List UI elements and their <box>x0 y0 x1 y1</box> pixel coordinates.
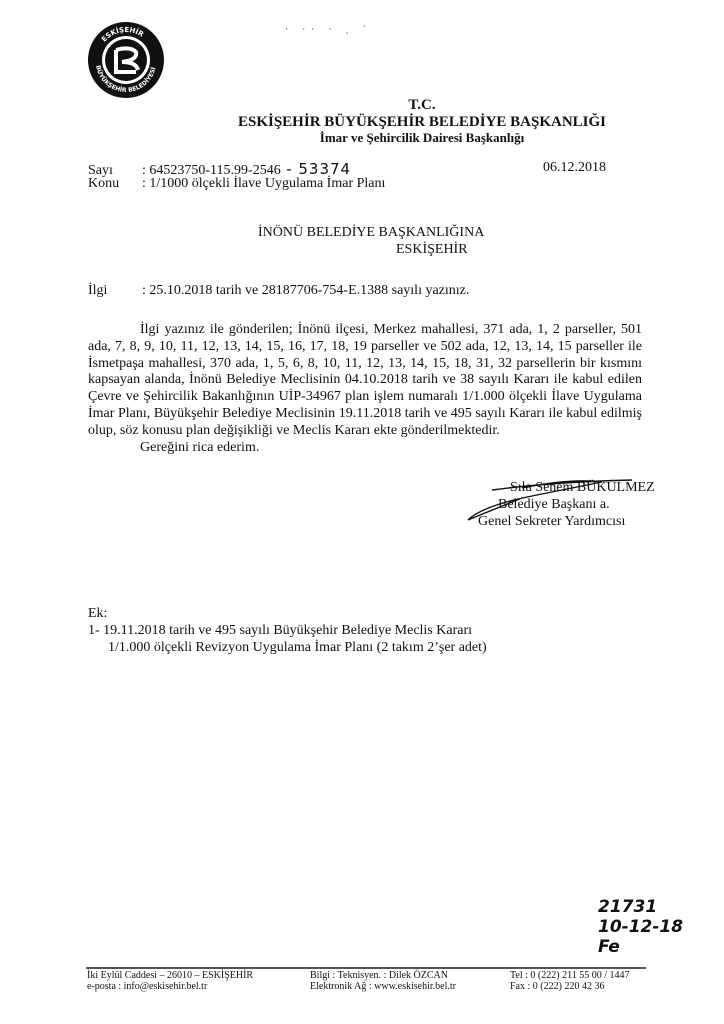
signature-block: Sıla Senem BÜKÜLMEZ Belediye Başkanı a. … <box>470 476 670 546</box>
konu-row: Konu: 1/1000 ölçekli İlave Uygulama İmar… <box>88 176 385 192</box>
document-date: 06.12.2018 <box>543 160 606 176</box>
recipient-name: İNÖNÜ BELEDİYE BAŞKANLIĞINA <box>258 225 484 241</box>
footer-contact-phone: Tel : 0 (222) 211 55 00 / 1447 Fax : 0 (… <box>510 970 629 992</box>
attachments-label: Ek: <box>88 605 487 622</box>
eskisehir-bb-seal-icon: ESKİŞEHİR BÜYÜKŞEHİR BELEDİYESİ <box>86 20 166 100</box>
signatory-name: Sıla Senem BÜKÜLMEZ <box>510 480 655 496</box>
footer-contact-address: İki Eylül Caddesi – 26010 – ESKİŞEHİR e-… <box>87 970 253 992</box>
header-department: İmar ve Şehircilik Dairesi Başkanlığı <box>60 130 724 146</box>
ilgi-row: İlgi: 25.10.2018 tarih ve 28187706-754-E… <box>88 283 469 299</box>
attachment-item: 1/1.000 ölçekli Revizyon Uygulama İmar P… <box>88 639 487 656</box>
recipient-city: ESKİŞEHİR <box>396 242 468 258</box>
body-paragraph: İlgi yazınız ile gönderilen; İnönü ilçes… <box>88 322 642 440</box>
footer-address: İki Eylül Caddesi – 26010 – ESKİŞEHİR <box>87 970 253 981</box>
signatory-position: Genel Sekreter Yardımcısı <box>478 514 625 530</box>
footer-phone: Tel : 0 (222) 211 55 00 / 1447 <box>510 970 629 981</box>
handwritten-registry-note: 21731 10-12-18 Fe <box>598 897 683 957</box>
registry-number: 21731 <box>598 897 683 917</box>
footer-website: Elektronik Ağ : www.eskisehir.bel.tr <box>310 981 456 992</box>
closing-line: Gereğini rica ederim. <box>88 440 642 457</box>
footer-divider <box>86 967 646 969</box>
ilgi-label: İlgi <box>88 283 142 299</box>
attachments: Ek: 1- 19.11.2018 tarih ve 495 sayılı Bü… <box>88 605 487 656</box>
header-institution: ESKİŞEHİR BÜYÜKŞEHİR BELEDİYE BAŞKANLIĞI <box>60 114 724 131</box>
footer-fax: Fax : 0 (222) 220 42 36 <box>510 981 629 992</box>
scan-marks: · ·· · ˏ ˊ <box>285 24 372 34</box>
signatory-title: Belediye Başkanı a. <box>498 497 610 513</box>
header-tc: T.C. <box>60 97 724 114</box>
municipality-logo: ESKİŞEHİR BÜYÜKŞEHİR BELEDİYESİ <box>86 20 166 100</box>
registry-initials: Fe <box>598 937 683 957</box>
konu-value: : 1/1000 ölçekli İlave Uygulama İmar Pla… <box>142 176 385 191</box>
registry-date: 10-12-18 <box>598 917 683 937</box>
footer-info-person: Bilgi : Teknisyen. : Dilek ÖZCAN <box>310 970 456 981</box>
ilgi-value: : 25.10.2018 tarih ve 28187706-754-E.138… <box>142 283 469 298</box>
footer-contact-info: Bilgi : Teknisyen. : Dilek ÖZCAN Elektro… <box>310 970 456 992</box>
footer-email: e-posta : info@eskisehir.bel.tr <box>87 981 253 992</box>
konu-label: Konu <box>88 176 142 192</box>
letter-body: İlgi yazınız ile gönderilen; İnönü ilçes… <box>88 322 642 456</box>
attachment-item: 1- 19.11.2018 tarih ve 495 sayılı Büyükş… <box>88 622 487 639</box>
